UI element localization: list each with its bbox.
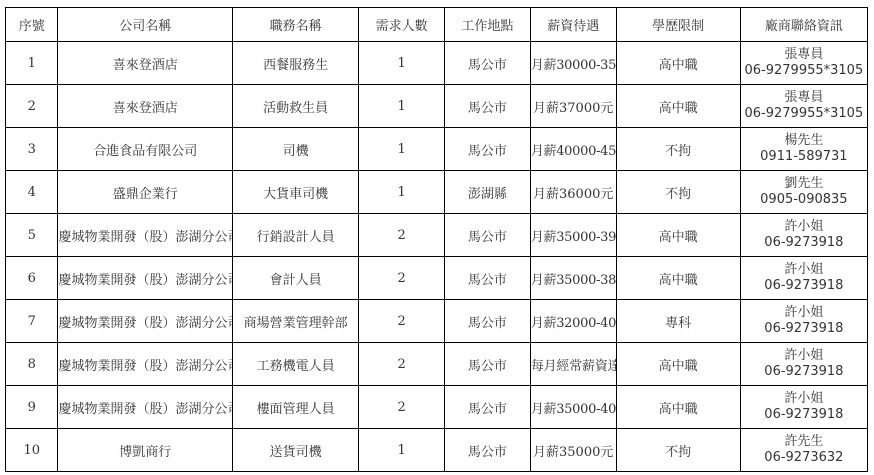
cell-no: 8 (6, 343, 58, 386)
cell-count: 2 (359, 300, 445, 343)
cell-count: 1 (359, 128, 445, 171)
cell-company: 慶城物業開發（股）澎湖分公司（太陽城） (58, 214, 233, 257)
contact-phone: 0911-589731 (741, 149, 867, 165)
cell-salary: 月薪35000元 (530, 429, 616, 472)
cell-education: 高中職 (616, 214, 740, 257)
cell-contact: 張專員 06-9279955*3105 (740, 85, 867, 128)
cell-company: 喜來登酒店 (58, 42, 233, 85)
contact-phone: 06-9273918 (741, 321, 867, 337)
header-company: 公司名稱 (58, 8, 233, 42)
contact-name: 劉先生 (741, 176, 867, 192)
cell-count: 2 (359, 343, 445, 386)
cell-count: 2 (359, 386, 445, 429)
cell-salary: 月薪36000元 (530, 171, 616, 214)
cell-salary: 月薪30000-35000元 (530, 42, 616, 85)
cell-contact: 張專員 06-9279955*3105 (740, 42, 867, 85)
cell-company: 慶城物業開發（股）澎湖分公司（太陽城） (58, 343, 233, 386)
cell-title: 行銷設計人員 (233, 214, 359, 257)
header-education: 學歷限制 (616, 8, 740, 42)
cell-title: 活動救生員 (233, 85, 359, 128)
contact-name: 張專員 (741, 90, 867, 106)
cell-title: 送貨司機 (233, 429, 359, 472)
job-listing-table: 序號 公司名稱 職務名稱 需求人數 工作地點 薪資待遇 學歷限制 廠商聯絡資訊 … (5, 7, 868, 472)
cell-education: 高中職 (616, 343, 740, 386)
cell-location: 馬公市 (445, 300, 531, 343)
table-row: 2 喜來登酒店 活動救生員 1 馬公市 月薪37000元 高中職 張專員 06-… (6, 85, 868, 128)
cell-contact: 許小姐 06-9273918 (740, 257, 867, 300)
cell-contact: 劉先生 0905-090835 (740, 171, 867, 214)
cell-contact: 楊先生 0911-589731 (740, 128, 867, 171)
cell-no: 4 (6, 171, 58, 214)
contact-name: 許小姐 (741, 391, 867, 407)
cell-company: 慶城物業開發（股）澎湖分公司（太陽城） (58, 300, 233, 343)
cell-education: 高中職 (616, 257, 740, 300)
table-row: 5 慶城物業開發（股）澎湖分公司（太陽城） 行銷設計人員 2 馬公市 月薪350… (6, 214, 868, 257)
contact-name: 許小姐 (741, 262, 867, 278)
cell-no: 6 (6, 257, 58, 300)
cell-education: 不拘 (616, 128, 740, 171)
cell-title: 商場營業管理幹部 (233, 300, 359, 343)
cell-salary: 月薪40000-45000元 (530, 128, 616, 171)
cell-title: 工務機電人員 (233, 343, 359, 386)
cell-location: 馬公市 (445, 85, 531, 128)
contact-phone: 06-9273918 (741, 364, 867, 380)
cell-salary: 每月經常薪資達4萬元以上 (530, 343, 616, 386)
cell-company: 博凱商行 (58, 429, 233, 472)
cell-no: 9 (6, 386, 58, 429)
cell-location: 澎湖縣 (445, 171, 531, 214)
cell-salary: 月薪37000元 (530, 85, 616, 128)
cell-company: 慶城物業開發（股）澎湖分公司（太陽城） (58, 386, 233, 429)
cell-location: 馬公市 (445, 429, 531, 472)
header-title: 職務名稱 (233, 8, 359, 42)
cell-no: 2 (6, 85, 58, 128)
header-salary: 薪資待遇 (530, 8, 616, 42)
contact-phone: 06-9273918 (741, 407, 867, 423)
header-location: 工作地點 (445, 8, 531, 42)
cell-count: 2 (359, 257, 445, 300)
cell-education: 高中職 (616, 386, 740, 429)
cell-company: 盛鼎企業行 (58, 171, 233, 214)
contact-name: 許小姐 (741, 305, 867, 321)
cell-location: 馬公市 (445, 257, 531, 300)
table-row: 7 慶城物業開發（股）澎湖分公司（太陽城） 商場營業管理幹部 2 馬公市 月薪3… (6, 300, 868, 343)
cell-count: 1 (359, 171, 445, 214)
header-count: 需求人數 (359, 8, 445, 42)
cell-salary: 月薪35000-40000元 (530, 386, 616, 429)
header-no: 序號 (6, 8, 58, 42)
cell-contact: 許先生 06-9273632 (740, 429, 867, 472)
cell-no: 5 (6, 214, 58, 257)
cell-education: 高中職 (616, 42, 740, 85)
table-row: 1 喜來登酒店 西餐服務生 1 馬公市 月薪30000-35000元 高中職 張… (6, 42, 868, 85)
cell-education: 專科 (616, 300, 740, 343)
contact-phone: 0905-090835 (741, 192, 867, 208)
table-row: 10 博凱商行 送貨司機 1 馬公市 月薪35000元 不拘 許先生 06-92… (6, 429, 868, 472)
table-row: 6 慶城物業開發（股）澎湖分公司（太陽城） 會計人員 2 馬公市 月薪35000… (6, 257, 868, 300)
contact-name: 張專員 (741, 47, 867, 63)
cell-location: 馬公市 (445, 214, 531, 257)
cell-count: 1 (359, 429, 445, 472)
cell-no: 3 (6, 128, 58, 171)
contact-phone: 06-9273918 (741, 278, 867, 294)
cell-title: 樓面管理人員 (233, 386, 359, 429)
cell-company: 合進食品有限公司 (58, 128, 233, 171)
contact-phone: 06-9273632 (741, 450, 867, 466)
contact-name: 許小姐 (741, 219, 867, 235)
cell-company: 慶城物業開發（股）澎湖分公司（太陽城） (58, 257, 233, 300)
cell-no: 10 (6, 429, 58, 472)
cell-location: 馬公市 (445, 386, 531, 429)
cell-title: 大貨車司機 (233, 171, 359, 214)
contact-name: 許小姐 (741, 348, 867, 364)
table-row: 9 慶城物業開發（股）澎湖分公司（太陽城） 樓面管理人員 2 馬公市 月薪350… (6, 386, 868, 429)
cell-salary: 月薪35000-38000元 (530, 257, 616, 300)
contact-phone: 06-9273918 (741, 235, 867, 251)
cell-location: 馬公市 (445, 343, 531, 386)
cell-contact: 許小姐 06-9273918 (740, 343, 867, 386)
cell-title: 會計人員 (233, 257, 359, 300)
contact-name: 許先生 (741, 434, 867, 450)
table-row: 4 盛鼎企業行 大貨車司機 1 澎湖縣 月薪36000元 不拘 劉先生 0905… (6, 171, 868, 214)
table-row: 8 慶城物業開發（股）澎湖分公司（太陽城） 工務機電人員 2 馬公市 每月經常薪… (6, 343, 868, 386)
contact-phone: 06-9279955*3105 (741, 63, 867, 79)
table-row: 3 合進食品有限公司 司機 1 馬公市 月薪40000-45000元 不拘 楊先… (6, 128, 868, 171)
cell-count: 1 (359, 85, 445, 128)
cell-education: 高中職 (616, 85, 740, 128)
contact-phone: 06-9279955*3105 (741, 106, 867, 122)
cell-title: 西餐服務生 (233, 42, 359, 85)
cell-title: 司機 (233, 128, 359, 171)
cell-company: 喜來登酒店 (58, 85, 233, 128)
cell-location: 馬公市 (445, 42, 531, 85)
header-contact: 廠商聯絡資訊 (740, 8, 867, 42)
cell-count: 2 (359, 214, 445, 257)
cell-no: 1 (6, 42, 58, 85)
cell-contact: 許小姐 06-9273918 (740, 300, 867, 343)
cell-location: 馬公市 (445, 128, 531, 171)
cell-contact: 許小姐 06-9273918 (740, 214, 867, 257)
cell-count: 1 (359, 42, 445, 85)
contact-name: 楊先生 (741, 133, 867, 149)
cell-no: 7 (6, 300, 58, 343)
cell-contact: 許小姐 06-9273918 (740, 386, 867, 429)
cell-education: 不拘 (616, 429, 740, 472)
table-header-row: 序號 公司名稱 職務名稱 需求人數 工作地點 薪資待遇 學歷限制 廠商聯絡資訊 (6, 8, 868, 42)
cell-salary: 月薪32000-40000元 (530, 300, 616, 343)
job-listing-table-container: 序號 公司名稱 職務名稱 需求人數 工作地點 薪資待遇 學歷限制 廠商聯絡資訊 … (5, 7, 868, 472)
cell-salary: 月薪35000-39000元 (530, 214, 616, 257)
cell-education: 不拘 (616, 171, 740, 214)
